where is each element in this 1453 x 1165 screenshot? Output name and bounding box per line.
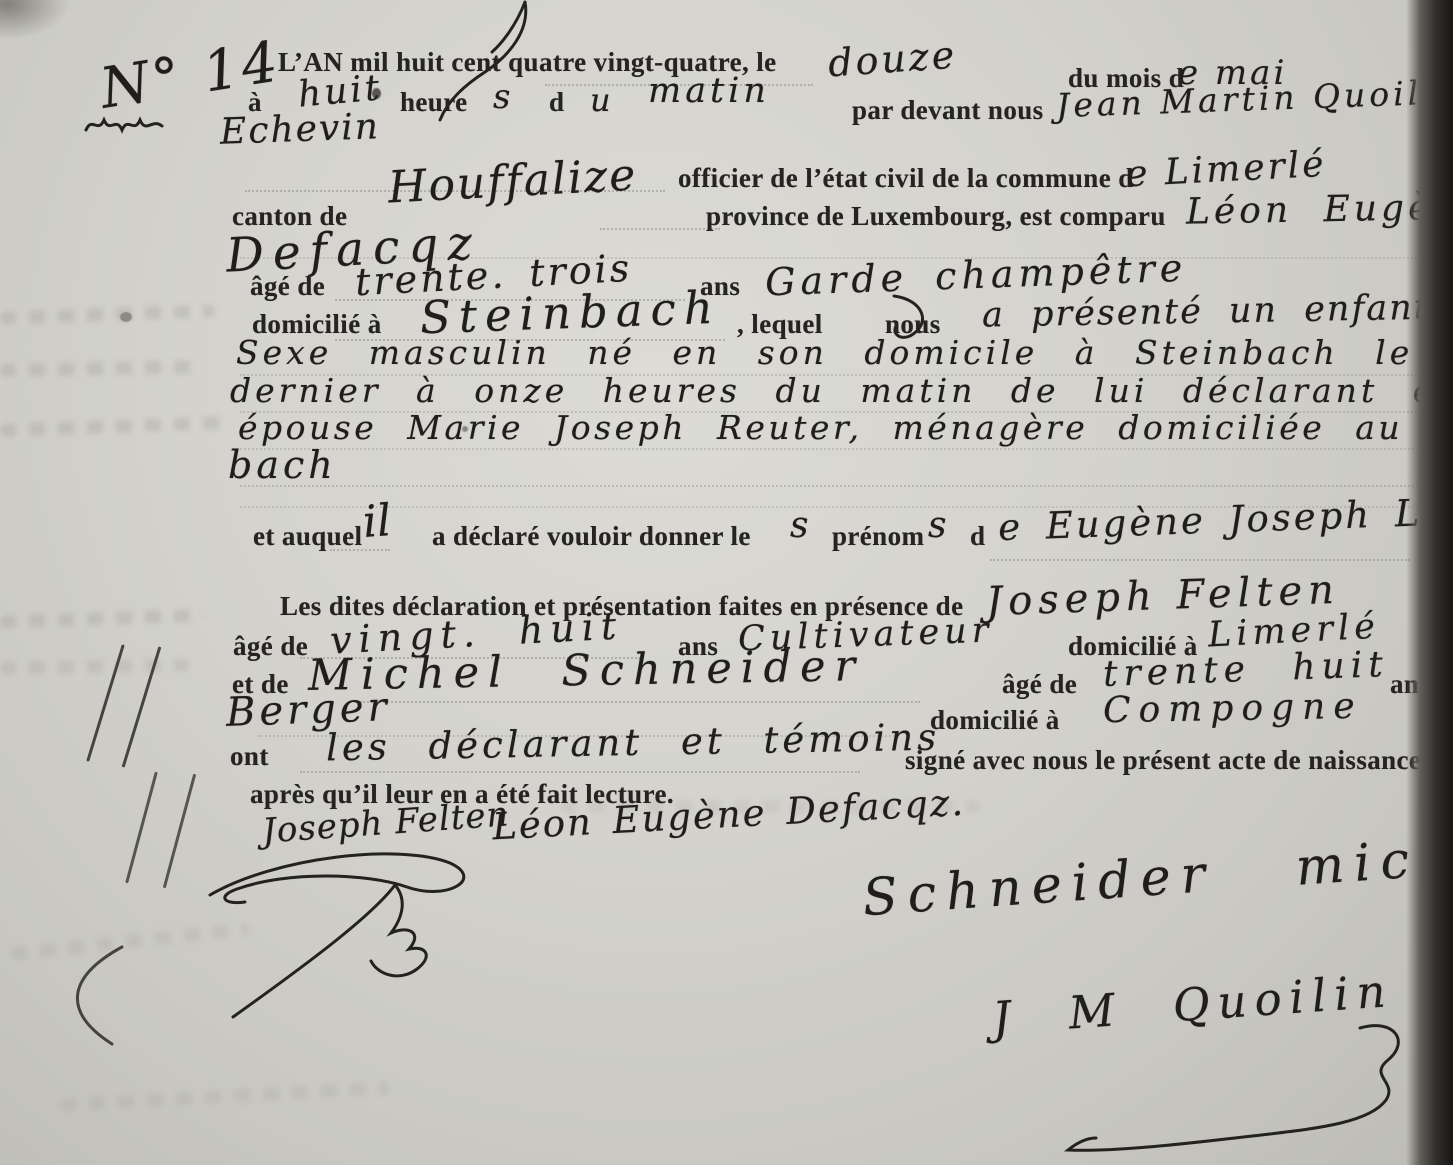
signature-schneider: Schneider michel <box>861 827 1453 924</box>
hw-u: u <box>590 84 611 116</box>
printed-ont: ont <box>230 742 269 770</box>
printed-a: à <box>248 88 262 116</box>
dotted-rule <box>360 701 920 703</box>
margin-stroke <box>163 774 196 889</box>
margin-stroke <box>125 772 158 884</box>
dotted-rule <box>240 448 1430 450</box>
hw-child-line1: Sexe masculin né en son domicile à Stein… <box>236 336 1453 369</box>
scanned-birth-act-page: N° 14 Echevin L’AN mil huit cent quatre … <box>0 0 1453 1165</box>
dotted-rule <box>990 559 1410 561</box>
signature-flourish-quoilin <box>1050 1010 1450 1160</box>
bleed-through-ghost <box>0 304 215 324</box>
printed-age-de: âgé de <box>250 272 325 300</box>
corner-smudge <box>0 0 70 40</box>
hw-canton: Houffalize <box>387 154 638 211</box>
page-gutter-shadow <box>1406 0 1453 1165</box>
printed-officier: officier de l’état civil de la commune d <box>678 164 1134 192</box>
hw-day: douze <box>827 36 959 83</box>
hw-s1: s <box>790 508 808 544</box>
printed-province: province de Luxembourg, est comparu <box>706 202 1166 230</box>
hw-child-line4: bach <box>228 446 337 484</box>
printed-signe-avec-nous: signé avec nous le présent acte de naiss… <box>905 746 1428 774</box>
hw-child-line2: dernier à onze heures du matin de lui dé… <box>230 374 1453 407</box>
printed-de: d <box>970 522 985 550</box>
signature-flourish-felten <box>195 835 495 1025</box>
dotted-rule <box>300 771 860 773</box>
hw-il: il <box>361 499 392 545</box>
hw-declarants-temoins: les déclarant et témoins <box>326 719 941 767</box>
bleed-through-ghost <box>0 360 200 376</box>
hw-s2: s <box>928 508 946 544</box>
margin-pen-curve <box>52 942 142 1052</box>
margin-pen-squiggle <box>82 106 174 142</box>
bleed-through-ghost <box>60 1081 390 1111</box>
hw-witness2-name: Michel Schneider <box>308 645 865 698</box>
hw-witness2-domicile: Compogne en <box>1103 687 1453 730</box>
printed-declare-donner: a déclaré vouloir donner le <box>432 522 751 550</box>
bleed-through-ghost <box>0 658 190 674</box>
printed-par-devant-nous: par devant nous <box>852 96 1044 124</box>
hw-declarant-domicile: Steinbach <box>419 285 721 340</box>
bleed-through-ghost <box>0 416 225 437</box>
hw-presented-child: a présenté un enfant du <box>982 289 1453 333</box>
printed-et-auquel: et auquel <box>253 522 362 550</box>
hw-child-names: e Eugène Joseph Léone <box>998 491 1453 546</box>
dotted-rule <box>240 485 1430 487</box>
hw-hour: huit <box>297 70 384 113</box>
printed-w2-domicilie: domicilié à <box>930 706 1060 734</box>
dotted-rule <box>600 228 720 230</box>
printed-w2-age-de: âgé de <box>1002 670 1077 698</box>
printed-w1-age-de: âgé de <box>233 632 308 660</box>
printed-d: d <box>549 88 564 116</box>
hw-commune: e Limerlé <box>1125 147 1327 193</box>
printed-prenom: prénom <box>832 522 924 550</box>
printed-heure: heure <box>400 88 468 116</box>
hw-matin: matin <box>648 74 770 109</box>
hw-child-line3: épouse Marie Joseph Reuter, ménagère dom… <box>238 411 1453 444</box>
bleed-through-ghost <box>0 608 205 628</box>
hw-plural-s: s <box>493 80 510 114</box>
